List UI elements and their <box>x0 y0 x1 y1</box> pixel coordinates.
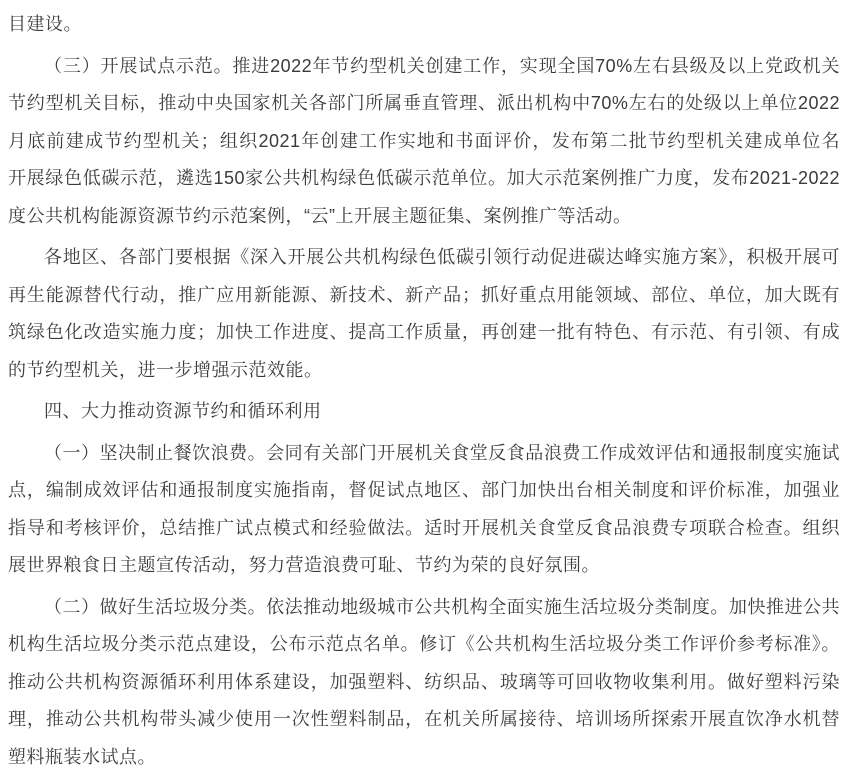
text-line: 机构生活垃圾分类示范点建设，公布示范点名单。修订《公共机构生活垃圾分类工作评价参… <box>8 626 840 664</box>
document-body: 目建设。（三）开展试点示范。推进2022年节约型机关创建工作，实现全国70%左右… <box>8 6 840 774</box>
text-line: 再生能源替代行动，推广应用新能源、新技术、新产品；抓好重点用能领域、部位、单位，… <box>8 277 840 315</box>
text-line: 四、大力推动资源节约和循环利用 <box>8 393 840 431</box>
text-line: 节约型机关目标，推动中央国家机关各部门所属垂直管理、派出机构中70%左右的处级以… <box>8 85 840 123</box>
paragraph: （一）坚决制止餐饮浪费。会同有关部门开展机关食堂反食品浪费工作成效评估和通报制度… <box>8 435 840 585</box>
text-line: 月底前建成节约型机关；组织2021年创建工作实地和书面评价，发布第二批节约型机关… <box>8 123 840 161</box>
text-line: 开展绿色低碳示范，遴选150家公共机构绿色低碳示范单位。加大示范案例推广力度，发… <box>8 160 840 198</box>
text-line: （二）做好生活垃圾分类。依法推动地级城市公共机构全面实施生活垃圾分类制度。加快推… <box>8 589 840 627</box>
text-line: 理，推动公共机构带头减少使用一次性塑料制品，在机关所属接待、培训场所探索开展直饮… <box>8 701 840 739</box>
text-line: 的节约型机关，进一步增强示范效能。 <box>8 352 840 390</box>
text-line: （一）坚决制止餐饮浪费。会同有关部门开展机关食堂反食品浪费工作成效评估和通报制度… <box>8 435 840 473</box>
paragraph: （二）做好生活垃圾分类。依法推动地级城市公共机构全面实施生活垃圾分类制度。加快推… <box>8 589 840 774</box>
text-line: 推动公共机构资源循环利用体系建设，加强塑料、纺织品、玻璃等可回收物收集利用。做好… <box>8 664 840 702</box>
text-line: 度公共机构能源资源节约示范案例，“云”上开展主题征集、案例推广等活动。 <box>8 198 840 236</box>
paragraph: 各地区、各部门要根据《深入开展公共机构绿色低碳引领行动促进碳达峰实施方案》，积极… <box>8 239 840 389</box>
paragraph: 目建设。 <box>8 6 840 44</box>
text-line: 展世界粮食日主题宣传活动，努力营造浪费可耻、节约为荣的良好氛围。 <box>8 547 840 585</box>
text-line: 各地区、各部门要根据《深入开展公共机构绿色低碳引领行动促进碳达峰实施方案》，积极… <box>8 239 840 277</box>
text-line: 筑绿色化改造实施力度；加快工作进度、提高工作质量，再创建一批有特色、有示范、有引… <box>8 314 840 352</box>
text-line: （三）开展试点示范。推进2022年节约型机关创建工作，实现全国70%左右县级及以… <box>8 48 840 86</box>
section-heading: 四、大力推动资源节约和循环利用 <box>8 393 840 431</box>
paragraph: （三）开展试点示范。推进2022年节约型机关创建工作，实现全国70%左右县级及以… <box>8 48 840 236</box>
text-line: 指导和考核评价，总结推广试点模式和经验做法。适时开展机关食堂反食品浪费专项联合检… <box>8 510 840 548</box>
text-line: 塑料瓶装水试点。 <box>8 739 840 774</box>
text-line: 目建设。 <box>8 6 840 44</box>
document-page: 目建设。（三）开展试点示范。推进2022年节约型机关创建工作，实现全国70%左右… <box>0 0 848 774</box>
text-line: 点，编制成效评估和通报制度实施指南，督促试点地区、部门加快出台相关制度和评价标准… <box>8 472 840 510</box>
